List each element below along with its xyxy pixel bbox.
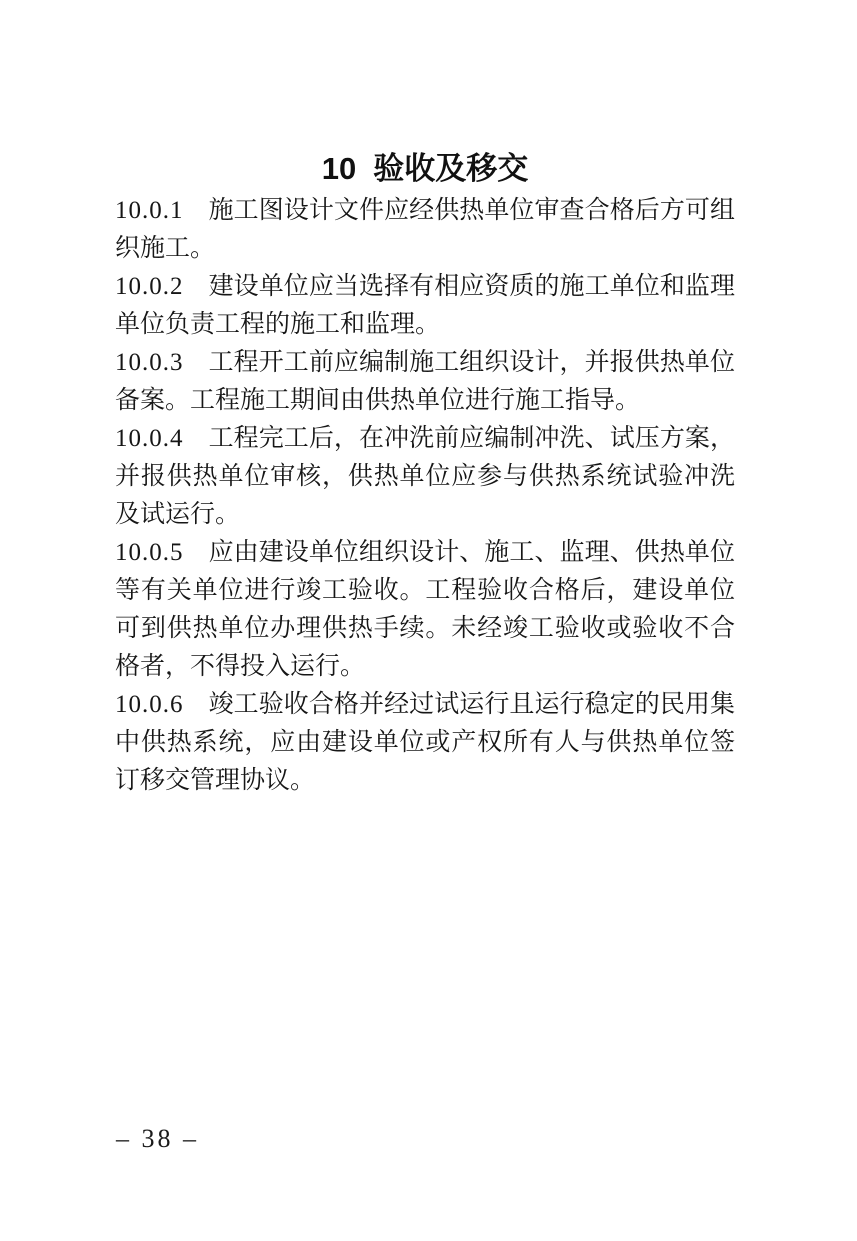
clause-number: 10.0.5	[115, 539, 184, 566]
clause-number: 10.0.3	[115, 349, 184, 376]
clause-number: 10.0.6	[115, 691, 184, 718]
chapter-title: 10验收及移交	[115, 147, 735, 191]
document-page: 10验收及移交 10.0.1施工图设计文件应经供热单位审查合格后方可组织施工。 …	[0, 0, 857, 1241]
clause-list: 10.0.1施工图设计文件应经供热单位审查合格后方可组织施工。 10.0.2建设…	[115, 192, 735, 800]
clause-text: 竣工验收合格并经过试运行且运行稳定的民用集中供热系统，应由建设单位或产权所有人与…	[115, 691, 735, 794]
chapter-number: 10	[322, 151, 356, 186]
clause-10-0-6: 10.0.6竣工验收合格并经过试运行且运行稳定的民用集中供热系统，应由建设单位或…	[115, 686, 735, 800]
clause-number: 10.0.4	[115, 425, 184, 452]
clause-text: 工程完工后，在冲洗前应编制冲洗、试压方案，并报供热单位审核，供热单位应参与供热系…	[115, 425, 735, 528]
clause-number: 10.0.2	[115, 273, 184, 300]
page-number: – 38 –	[116, 1124, 199, 1154]
clause-10-0-2: 10.0.2建设单位应当选择有相应资质的施工单位和监理单位负责工程的施工和监理。	[115, 268, 735, 344]
clause-10-0-1: 10.0.1施工图设计文件应经供热单位审查合格后方可组织施工。	[115, 192, 735, 268]
clause-text: 工程开工前应编制施工组织设计，并报供热单位备案。工程施工期间由供热单位进行施工指…	[115, 349, 735, 414]
clause-text: 施工图设计文件应经供热单位审查合格后方可组织施工。	[115, 197, 735, 262]
clause-text: 应由建设单位组织设计、施工、监理、供热单位等有关单位进行竣工验收。工程验收合格后…	[115, 539, 735, 680]
clause-10-0-5: 10.0.5应由建设单位组织设计、施工、监理、供热单位等有关单位进行竣工验收。工…	[115, 534, 735, 686]
clause-number: 10.0.1	[115, 197, 184, 224]
clause-10-0-3: 10.0.3工程开工前应编制施工组织设计，并报供热单位备案。工程施工期间由供热单…	[115, 344, 735, 420]
clause-10-0-4: 10.0.4工程完工后，在冲洗前应编制冲洗、试压方案，并报供热单位审核，供热单位…	[115, 420, 735, 534]
chapter-title-text: 验收及移交	[373, 151, 528, 186]
clause-text: 建设单位应当选择有相应资质的施工单位和监理单位负责工程的施工和监理。	[115, 273, 735, 338]
